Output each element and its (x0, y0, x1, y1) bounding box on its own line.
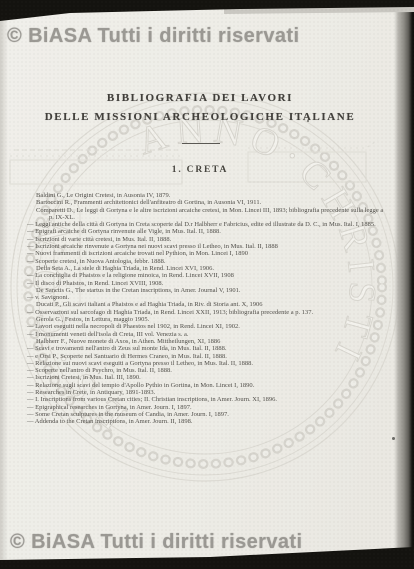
copyright-watermark-bottom: © BiASA Tutti i diritti riservati (10, 531, 302, 554)
bibliography-entry: — Scoperte cretesi, in Nuova Antologia, … (27, 258, 388, 265)
bibliography-entry: — Relazione sugli scavi del tempio d'Apo… (27, 382, 388, 389)
section-heading: 1. CRETA (20, 165, 380, 175)
bibliography-entry: — Researches in Crete, in Antiquary, 189… (27, 389, 388, 396)
bibliography-entry: — Leggi antiche della città di Gortyna i… (27, 221, 388, 228)
bibliography-entry: Della Seta A., La stele di Haghia Triada… (36, 265, 388, 272)
scanned-document-page: ES·CON ANNO·CHRISTI BIBLIOGRAFIA DEI LAV… (0, 0, 414, 569)
bibliography-entry: Comparetti D., Le leggi di Gortyna e le … (36, 207, 388, 222)
document-title-line2: DELLE MISSIONI ARCHEOLOGICHE ITALIANE (20, 111, 380, 123)
bibliography-entry: — e Orsi P., Scoperte nel Santuario di H… (27, 353, 388, 360)
bibliography-entry: — Iscrizioni Cretesi, in Mus. Ital. III,… (27, 374, 388, 381)
bibliography-entry: Bartoccini R., Frammenti architettonici … (36, 199, 388, 206)
bibliography-entry: — Iscrizioni di varie città cretesi, in … (27, 236, 388, 243)
bibliography-entry: — Addenda to the Cretan inscriptions, in… (27, 418, 388, 425)
bibliography-entry: — Relazione sui nuovi scavi eseguiti a G… (27, 360, 388, 367)
bibliography-entry: — Iscrizioni arcaiche rinvenute a Gortyn… (27, 243, 388, 250)
bibliography-entry: — v. Savignoni. (27, 294, 388, 301)
scan-right-edge (394, 0, 414, 569)
bibliography-entry: Halbherr F., Nuove monete di Axos, in At… (36, 338, 388, 345)
scan-left-edge (0, 0, 8, 569)
bibliography-entry: Baldini G., Le Origini Cretesi, in Auson… (36, 192, 388, 199)
bibliography-entry: — Epigrafi arcaiche di Gortyna rinvenute… (27, 228, 388, 235)
bibliography-entry: Ducati P., Gli scavi italiani a Phaistos… (36, 301, 388, 308)
bibliography-entry: — I monumenti veneti dell'isola di Creta… (27, 331, 388, 338)
bibliography-entry: — Lavori eseguiti nella necropoli di Pha… (27, 323, 388, 330)
bibliography-entry: — Osservazioni sul sarcofago di Haghia T… (27, 309, 388, 316)
bibliography-entry: — I. Inscriptions from various Cretan ci… (27, 396, 388, 403)
bibliography-entry: — Scavi e trovamenti nell'antro di Zeus … (27, 345, 388, 352)
bibliography-entry: — Scoperte nell'antro di Psychro, in Mus… (27, 367, 388, 374)
page-content: BIBLIOGRAFIA DEI LAVORI DELLE MISSIONI A… (0, 0, 414, 569)
copyright-watermark-top: © BiASA Tutti i diritti riservati (7, 25, 299, 48)
bibliography-entry: — La conchiglia di Phaistos e la religio… (27, 272, 388, 279)
scan-speck (392, 437, 395, 440)
bibliography-entry: — Some Cretan sculptures in the museum o… (27, 411, 388, 418)
document-title-line1: BIBLIOGRAFIA DEI LAVORI (20, 92, 380, 104)
bibliography-entry: De Sanctis G., The startus in the Cretan… (36, 287, 388, 294)
bibliography-entry: — Epigraphical researches in Gortyna, in… (27, 404, 388, 411)
scan-speck (307, 120, 309, 122)
bibliography-entry: — Nuovi frammenti di iscrizioni arcaiche… (27, 250, 388, 257)
bibliography-entry: Gerola G., Festos, in Lettura, maggio 19… (36, 316, 388, 323)
title-divider (182, 143, 220, 144)
bibliography-entry: — Il disco di Phaistos, in Rend. Lincei … (27, 280, 388, 287)
bibliography-list: Baldini G., Le Origini Cretesi, in Auson… (36, 192, 388, 426)
